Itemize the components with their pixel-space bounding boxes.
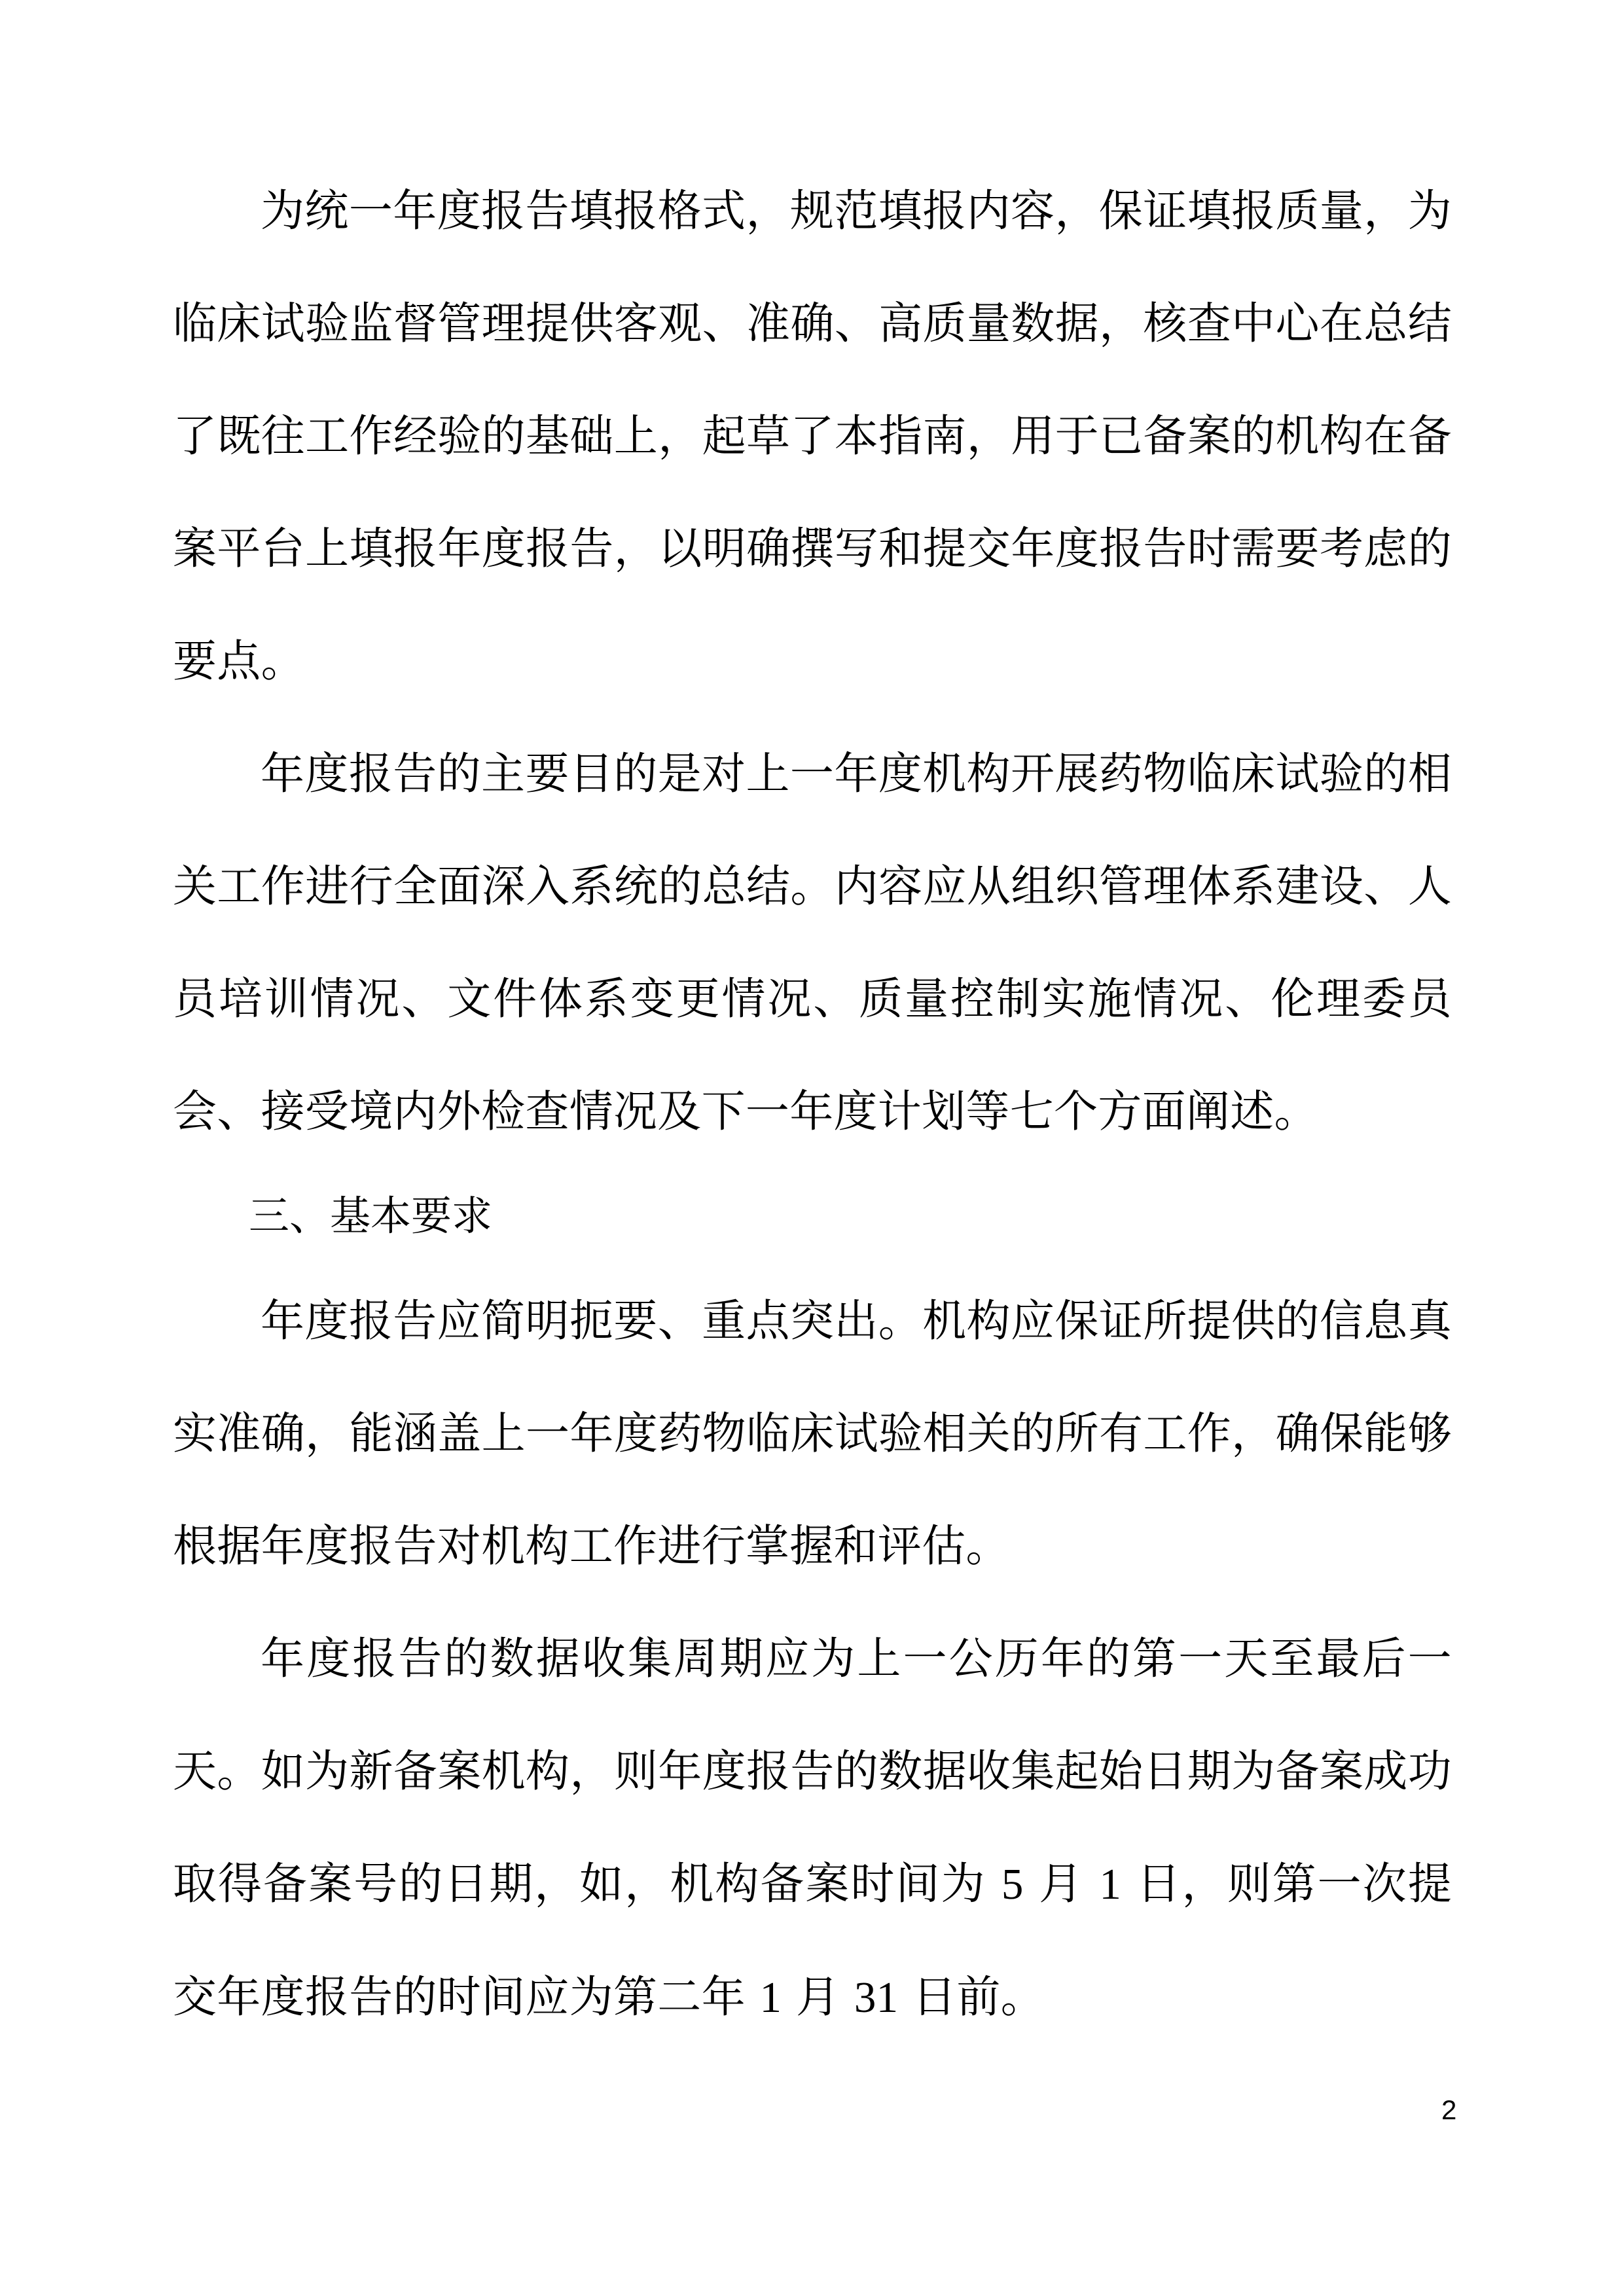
paragraph-purpose: 为统一年度报告填报格式，规范填报内容，保证填报质量，为临床试验监督管理提供客观、… — [173, 154, 1452, 717]
paragraph-data-period: 年度报告的数据收集周期应为上一公历年的第一天至最后一天。如为新备案机构，则年度报… — [173, 1602, 1452, 2054]
text-segment: 日前。 — [898, 1971, 1045, 2022]
day-value: 31 — [854, 1973, 899, 2022]
paragraph-requirements: 年度报告应简明扼要、重点突出。机构应保证所提供的信息真实准确，能涵盖上一年度药物… — [173, 1265, 1452, 1602]
month-value: 1 — [760, 1973, 782, 2022]
section-heading-basic-requirements: 三、基本要求 — [173, 1168, 1452, 1265]
paragraph-main-objective: 年度报告的主要目的是对上一年度机构开展药物临床试验的相关工作进行全面深入系统的总… — [173, 717, 1452, 1168]
day-value: 1 — [1099, 1860, 1121, 1909]
month-value: 5 — [1001, 1860, 1024, 1909]
text-segment: 月 — [782, 1971, 854, 2022]
text-segment: 月 — [1024, 1858, 1100, 1909]
page-number: 2 — [1441, 2094, 1456, 2126]
document-page: 为统一年度报告填报格式，规范填报内容，保证填报质量，为临床试验监督管理提供客观、… — [173, 154, 1452, 2054]
